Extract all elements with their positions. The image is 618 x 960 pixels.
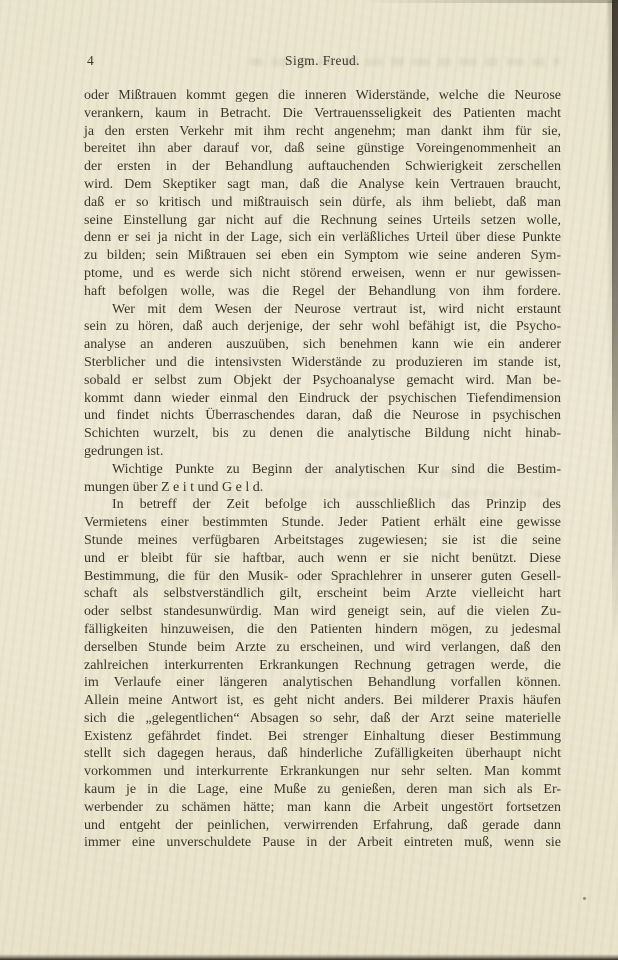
text-line: und er bleibt für sie haftbar, auch wenn… bbox=[84, 550, 561, 568]
text-line: sobald er selbst zum Objekt der Psychoan… bbox=[84, 372, 561, 390]
paragraph: In betreff der Zeit befolge ich ausschli… bbox=[84, 496, 561, 852]
text-line: kommt dann wieder einmal den Eindruck de… bbox=[84, 390, 561, 408]
text-line: Stunde meines verfügbaren Arbeitstages z… bbox=[84, 532, 561, 550]
text-line: immer eine unverschuldete Pause in der A… bbox=[84, 834, 561, 852]
text-line: im Verlaufe einer längeren analytischen … bbox=[84, 674, 561, 692]
scanned-book-page: 4 Sigm. Freud. oder Mißtrauen kommt gege… bbox=[0, 0, 618, 960]
page-header: 4 Sigm. Freud. bbox=[84, 53, 561, 70]
scan-edge-bottom bbox=[0, 954, 618, 960]
paragraph: oder Mißtrauen kommt gegen die inneren W… bbox=[84, 87, 561, 301]
text-line: mungen über Z e i t und G e l d. bbox=[84, 479, 561, 497]
text-line: sich die „gelegentlichen“ Absagen so seh… bbox=[84, 710, 561, 728]
text-line: derselben Stunde beim Arzte zu erscheine… bbox=[84, 639, 561, 657]
text-line: Bestimmung, die für den Musik- oder Spra… bbox=[84, 568, 561, 586]
scan-edge-top bbox=[358, 0, 618, 3]
text-line: verankern, kaum in Betracht. Die Vertrau… bbox=[84, 105, 561, 123]
text-line: kaum je in die Lage, eine Muße zu genieß… bbox=[84, 781, 561, 799]
text-line: daß er so kritisch und mißtrauisch sein … bbox=[84, 194, 561, 212]
scan-edge-shadow bbox=[608, 0, 614, 420]
text-line: fälligkeiten hinzuweisen, die den Patien… bbox=[84, 621, 561, 639]
text-line: Allein meine Antwort ist, es geht nicht … bbox=[84, 692, 561, 710]
text-line: seine Einstellung gar nicht auf die Rech… bbox=[84, 212, 561, 230]
text-line: ptome, und es werde sich nicht störend e… bbox=[84, 265, 561, 283]
running-title: Sigm. Freud. bbox=[84, 53, 561, 69]
text-block: oder Mißtrauen kommt gegen die inneren W… bbox=[84, 87, 561, 852]
text-line: Existenz gefährdet findet. Bei strenger … bbox=[84, 728, 561, 746]
text-line: bereitet ihn aber darauf vor, daß seine … bbox=[84, 140, 561, 158]
text-line: ja den ersten Verkehr mit ihm recht ange… bbox=[84, 123, 561, 141]
text-line: sein zu hören, daß auch derjenige, der s… bbox=[84, 318, 561, 336]
text-line: analyse an anderen auszuüben, sich beneh… bbox=[84, 336, 561, 354]
text-line: wird. Dem Skeptiker sagt man, daß die An… bbox=[84, 176, 561, 194]
text-line: haft befolgen wolle, was die Regel der B… bbox=[84, 283, 561, 301]
scan-edge-right bbox=[612, 0, 618, 640]
text-line: In betreff der Zeit befolge ich ausschli… bbox=[84, 496, 561, 514]
paragraph: Wichtige Punkte zu Beginn der analytisch… bbox=[84, 461, 561, 497]
text-line: Sterblicher und die intensivsten Widerst… bbox=[84, 354, 561, 372]
text-line: Schichten wurzelt, bis zu denen die anal… bbox=[84, 425, 561, 443]
text-line: werbender zu schämen hätte; man kann die… bbox=[84, 799, 561, 817]
text-line: Wichtige Punkte zu Beginn der analytisch… bbox=[84, 461, 561, 479]
text-line: und findet nichts Überraschendes daran, … bbox=[84, 407, 561, 425]
text-line: gedrungen ist. bbox=[84, 443, 561, 461]
text-line: oder selbst standesunwürdig. Man wird ge… bbox=[84, 603, 561, 621]
text-line: stellt sich dagegen heraus, daß hinderli… bbox=[84, 745, 561, 763]
text-line: oder Mißtrauen kommt gegen die inneren W… bbox=[84, 87, 561, 105]
text-line: schaft als selbstverständlich gilt, ersc… bbox=[84, 585, 561, 603]
text-line: der ersten in der Behandlung auftauchend… bbox=[84, 158, 561, 176]
text-line: Wer mit dem Wesen der Neurose vertraut i… bbox=[84, 301, 561, 319]
text-line: denn er sei ja nicht in der Lage, sich e… bbox=[84, 229, 561, 247]
text-line: zu bilden; sein Mißtrauen sei eben ein S… bbox=[84, 247, 561, 265]
text-line: vorkommen und interkurrente Erkrankungen… bbox=[84, 763, 561, 781]
text-line: Vermietens einer bestimmten Stunde. Jede… bbox=[84, 514, 561, 532]
text-line: zahlreichen interkurrenten Erkrankungen … bbox=[84, 657, 561, 675]
paper-speck bbox=[583, 897, 586, 900]
text-line: und entgeht der peinlichen, verwirrenden… bbox=[84, 817, 561, 835]
paragraph: Wer mit dem Wesen der Neurose vertraut i… bbox=[84, 301, 561, 461]
